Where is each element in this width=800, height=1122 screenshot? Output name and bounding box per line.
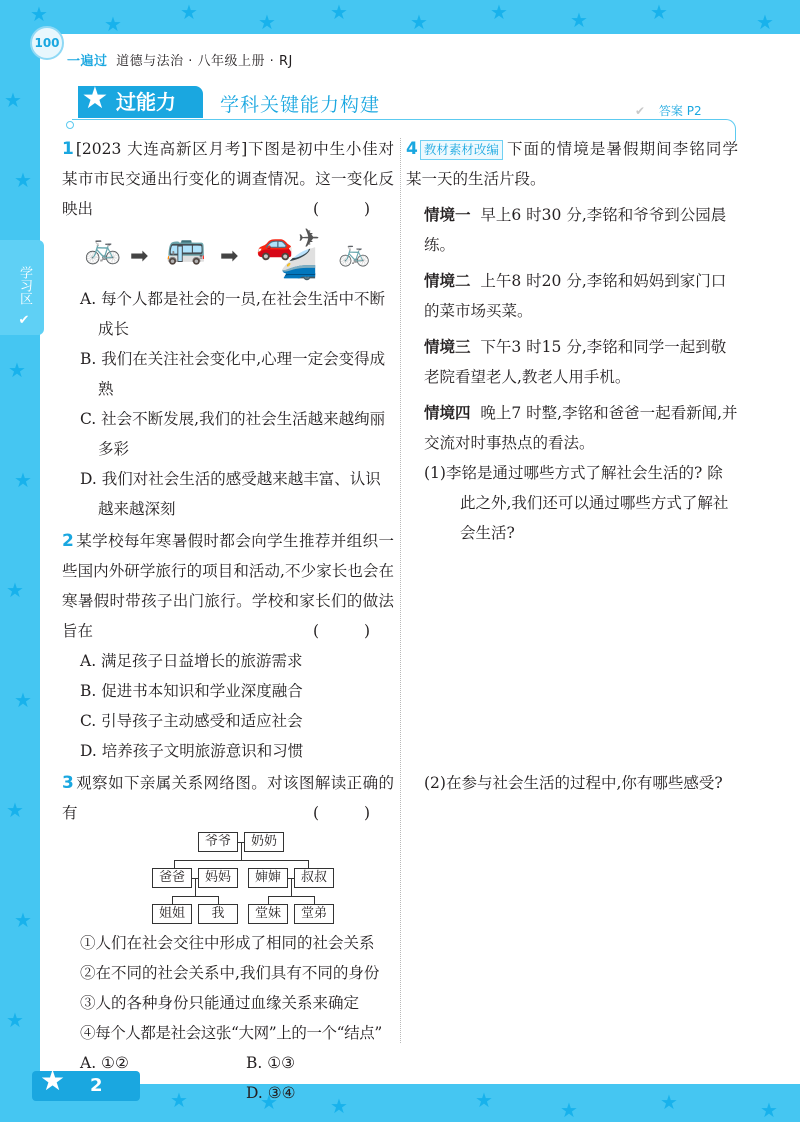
book-name: 道德与法治 · 八年级上册 · RJ: [116, 54, 293, 69]
kinship-network-diagram: 爷爷 奶奶 爸爸 妈妈 婶婶 叔叔 姐姐 我 堂妹 堂弟: [62, 832, 394, 926]
statement-4: ④每个人都是社会这张“大网”上的一个“结点”: [62, 1018, 394, 1048]
question-number: 2: [62, 531, 74, 551]
option-d[interactable]: D. 培养孩子文明旅游意识和习惯: [62, 736, 394, 766]
star-icon: ★: [6, 580, 24, 600]
question-4: 4教材素材改编下面的情境是暑假期间李铭同学某一天的生活片段。 情境一 早上6 时…: [406, 134, 738, 1058]
node-cousin-brother: 堂弟: [294, 904, 334, 924]
star-icon: ★: [660, 1092, 678, 1112]
section-subtitle: 学科关键能力构建: [220, 90, 380, 117]
star-icon: ★: [14, 690, 32, 710]
answer-page: 答案 P2: [659, 104, 702, 118]
bicycle-icon: 🚲: [84, 234, 121, 264]
star-icon: ★: [104, 14, 122, 34]
node-grandma: 奶奶: [244, 832, 284, 852]
star-icon: ★: [30, 4, 48, 24]
question-1: 1[2023 大连高新区月考]下图是初中生小佳对某市市民交通出行变化的调查情况。…: [62, 134, 394, 524]
scene-label: 情境三: [424, 338, 471, 356]
column-divider: [400, 138, 401, 1043]
star-icon: ★: [14, 910, 32, 930]
node-sister: 姐姐: [152, 904, 192, 924]
question-number: 3: [62, 773, 74, 793]
node-mom: 妈妈: [198, 868, 238, 888]
node-me: 我: [198, 904, 238, 924]
star-icon: ★: [560, 1100, 578, 1120]
star-icon: ★: [6, 800, 24, 820]
question-3: 3观察如下亲属关系网络图。对该图解读正确的有( ) 爷爷 奶奶 爸爸 妈妈 婶婶…: [62, 768, 394, 1108]
scene-4: 情境四 晚上7 时整,李铭和爸爸一起看新闻,并交流对时事热点的看法。: [406, 398, 738, 458]
statement-3: ③人的各种身份只能通过血缘关系来确定: [62, 988, 394, 1018]
question-number: 4: [406, 139, 418, 159]
option-a[interactable]: A. 满足孩子日益增长的旅游需求: [62, 646, 394, 676]
mascot-star-icon: ★: [40, 1064, 65, 1097]
side-tab-label: 学习区: [17, 266, 32, 305]
statement-2: ②在不同的社会关系中,我们具有不同的身份: [62, 958, 394, 988]
answer-blank[interactable]: ( ): [313, 616, 390, 646]
star-icon: ★: [570, 10, 588, 30]
check-icon: ✔: [635, 104, 645, 118]
star-icon: ★: [14, 470, 32, 490]
star-icon: ★: [760, 1100, 778, 1120]
bus-icon: 🚌: [166, 232, 206, 262]
star-icon: ★: [180, 2, 198, 22]
scene-label: 情境一: [424, 206, 471, 224]
star-icon: ★: [4, 90, 22, 110]
scene-label: 情境二: [424, 272, 471, 290]
header-rule: [72, 119, 722, 120]
star-icon: ★: [490, 2, 508, 22]
star-icon: ★: [8, 360, 26, 380]
answer-area-1[interactable]: [406, 548, 738, 768]
scene-text: 晚上7 时整,李铭和爸爸一起看新闻,并交流对时事热点的看法。: [424, 404, 738, 452]
star-icon: ★: [330, 2, 348, 22]
star-icon: ★: [756, 12, 774, 32]
mascot-logo-icon: 100: [30, 26, 64, 60]
high-speed-train-icon: 🚄: [280, 250, 317, 280]
transport-change-figure: 🚲 ➡ 🚌 ➡ 🚗 ✈ 🚄 🚲: [80, 228, 394, 280]
scene-label: 情境四: [424, 404, 471, 422]
answer-blank[interactable]: ( ): [313, 194, 390, 224]
star-icon: ★: [258, 12, 276, 32]
node-cousin-sister: 堂妹: [248, 904, 288, 924]
option-c[interactable]: C. 社会不断发展,我们的社会生活越来越绚丽多彩: [62, 404, 394, 464]
rule-end-dot: [66, 121, 74, 129]
scene-2: 情境二 上午8 时20 分,李铭和妈妈到家门口的菜市场买菜。: [406, 266, 738, 326]
shared-bike-icon: 🚲: [338, 238, 370, 268]
page-number: 2: [90, 1075, 103, 1096]
node-uncle: 叔叔: [294, 868, 334, 888]
node-grandpa: 爷爷: [198, 832, 238, 852]
star-icon: ★: [650, 2, 668, 22]
statement-1: ①人们在社会交往中形成了相同的社会关系: [62, 928, 394, 958]
side-tab-study-area: 学习区 ✔: [0, 240, 44, 335]
arrow-right-icon: ➡: [220, 242, 238, 272]
question-source: [2023 大连高新区月考]: [76, 140, 247, 158]
star-icon: ★: [14, 170, 32, 190]
answer-reference: ✔ 答案 P2: [635, 102, 702, 119]
option-d[interactable]: D. 我们对社会生活的感受越来越丰富、认识越来越深刻: [62, 464, 394, 524]
question-2: 2某学校每年寒暑假时都会向学生推荐并组织一些国内外研学旅行的项目和活动,不少家长…: [62, 526, 394, 766]
arrow-right-icon: ➡: [130, 242, 148, 272]
answer-area-2[interactable]: [406, 798, 738, 1058]
star-icon: ★: [475, 1090, 493, 1110]
option-a[interactable]: A. 每个人都是社会的一员,在社会生活中不断成长: [62, 284, 394, 344]
question-number: 1: [62, 139, 74, 159]
source-tag: 教材素材改编: [420, 140, 503, 160]
option-d[interactable]: D. ③④: [228, 1078, 394, 1108]
option-b[interactable]: B. ①③: [228, 1048, 394, 1078]
answer-blank[interactable]: ( ): [313, 798, 390, 828]
left-column: 1[2023 大连高新区月考]下图是初中生小佳对某市市民交通出行变化的调查情况。…: [62, 134, 394, 1108]
node-aunt: 婶婶: [248, 868, 288, 888]
scene-1: 情境一 早上6 时30 分,李铭和爷爷到公园晨练。: [406, 200, 738, 260]
subquestion-2: (2)在参与社会生活的过程中,你有哪些感受?: [406, 768, 738, 798]
series-name: 一遍过: [67, 54, 108, 69]
option-b[interactable]: B. 我们在关注社会变化中,心理一定会变得成熟: [62, 344, 394, 404]
star-icon: ★: [6, 1010, 24, 1030]
node-dad: 爸爸: [152, 868, 192, 888]
scene-3: 情境三 下午3 时15 分,李铭和同学一起到敬老院看望老人,教老人用手机。: [406, 332, 738, 392]
star-icon: ★: [410, 12, 428, 32]
option-c[interactable]: C. 引导孩子主动感受和适应社会: [62, 706, 394, 736]
option-b[interactable]: B. 促进书本知识和学业深度融合: [62, 676, 394, 706]
subquestion-1: (1)李铭是通过哪些方式了解社会生活的? 除此之外,我们还可以通过哪些方式了解社…: [406, 458, 738, 548]
book-title-line: 一遍过 道德与法治 · 八年级上册 · RJ: [67, 50, 293, 69]
check-icon: ✔: [19, 313, 30, 329]
right-column: 4教材素材改编下面的情境是暑假期间李铭同学某一天的生活片段。 情境一 早上6 时…: [406, 134, 738, 1058]
mascot-star-icon: ★: [78, 82, 112, 116]
